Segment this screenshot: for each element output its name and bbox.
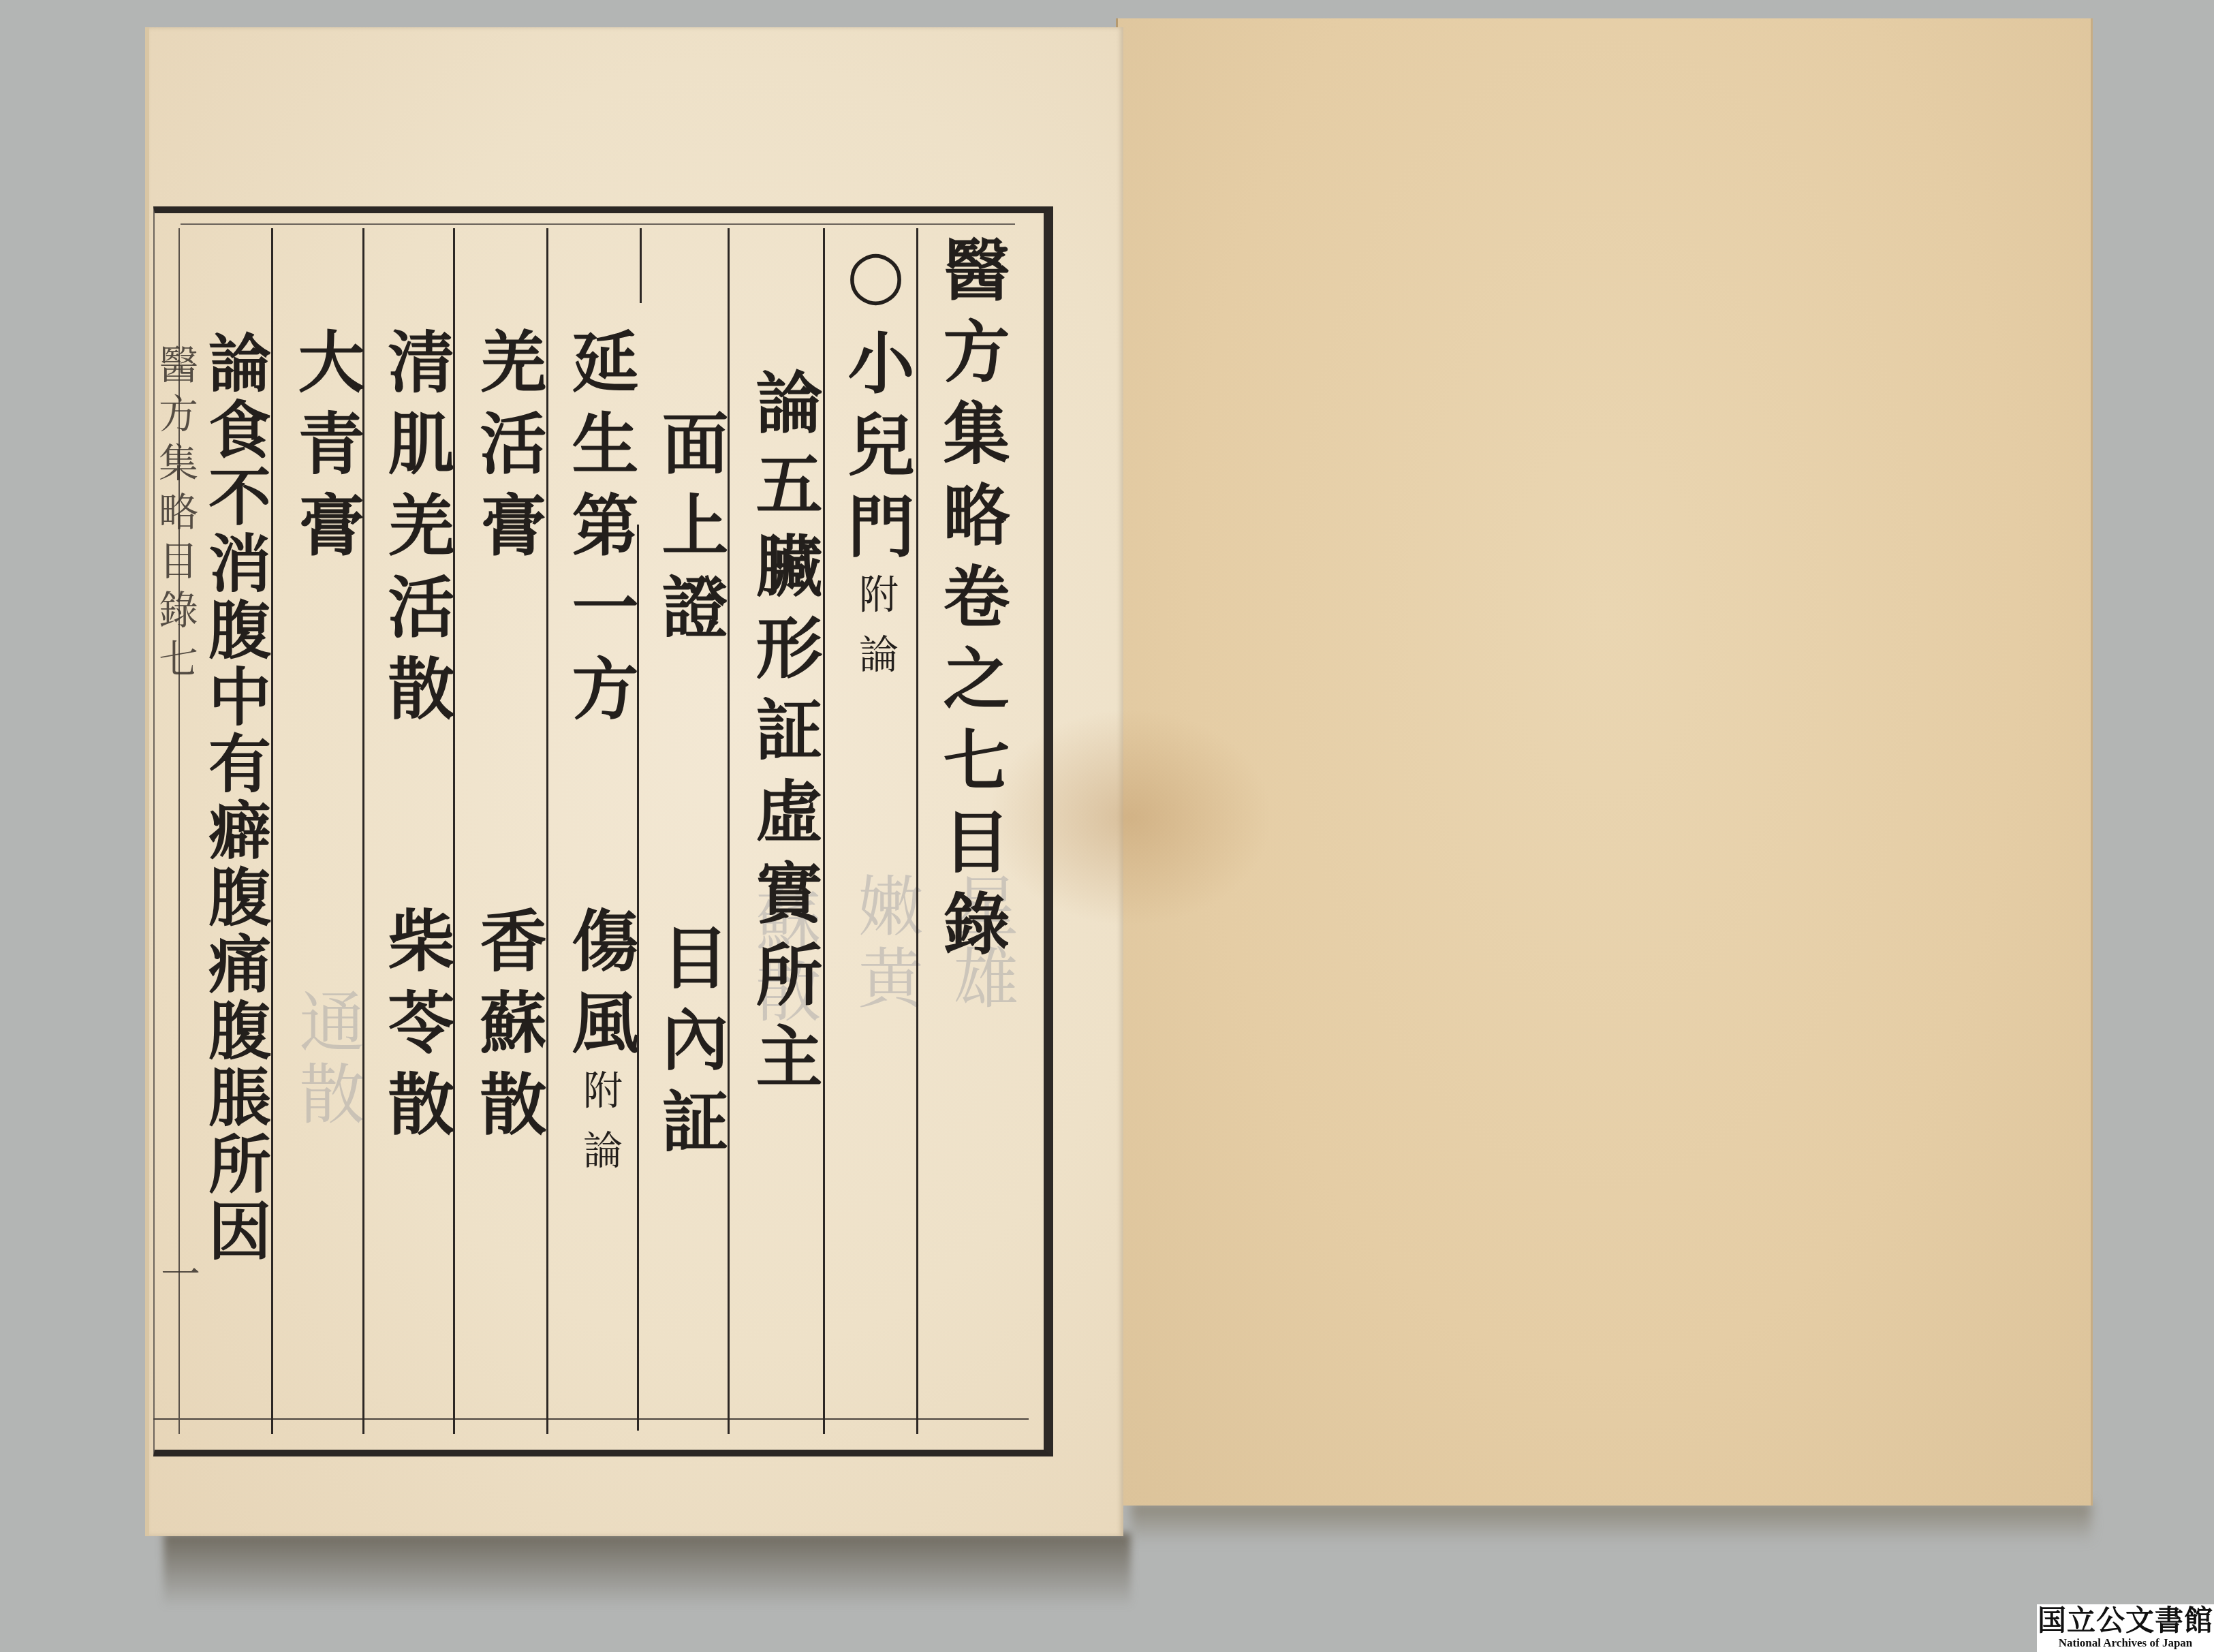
- column-divider: [916, 228, 918, 1434]
- frame-inner-line: [181, 223, 1015, 225]
- archive-watermark-logo: 国立公文書館 National Archives of Japan: [2037, 1604, 2214, 1652]
- toc-annotation: 附論: [576, 1070, 623, 1189]
- toc-entry: 香蘇散: [467, 906, 548, 1151]
- column-divider: [640, 228, 642, 303]
- fold-margin-page-number: 一: [149, 1253, 206, 1303]
- toc-entry: 延生第一方: [559, 327, 640, 736]
- toc-entry: 清肌羌活散: [375, 327, 456, 736]
- book-shadow: [163, 1533, 1131, 1608]
- toc-entry: 論五臟形証虛實所主: [743, 368, 824, 1104]
- toc-entry: 柴苓散: [375, 906, 456, 1151]
- frame-inner-line: [153, 1418, 1029, 1420]
- toc-entry-long: 論食不消腹中有癖腹痛腹脹所因: [194, 330, 276, 1265]
- toc-entry: 大青膏: [285, 327, 367, 572]
- section-annotation: 附論: [852, 574, 899, 693]
- toc-entry: 面上證: [649, 409, 730, 654]
- logo-japanese: 国立公文書館: [2037, 1604, 2214, 1637]
- toc-entry-with-note: 傷風附論: [559, 906, 640, 1189]
- toc-entry-title: 傷風: [561, 906, 639, 1070]
- book-shadow-right: [1131, 1502, 2091, 1543]
- section-title: ○小兒門: [837, 235, 915, 574]
- toc-entry: 羌活膏: [467, 327, 548, 572]
- section-heading: ○小兒門附論: [835, 235, 916, 693]
- toc-entry: 目內証: [649, 923, 730, 1168]
- fold-margin-title: 醫方集略目錄七: [146, 344, 204, 687]
- volume-title: 醫方集略卷之七目錄: [930, 235, 1012, 971]
- logo-english: National Archives of Japan: [2037, 1637, 2214, 1649]
